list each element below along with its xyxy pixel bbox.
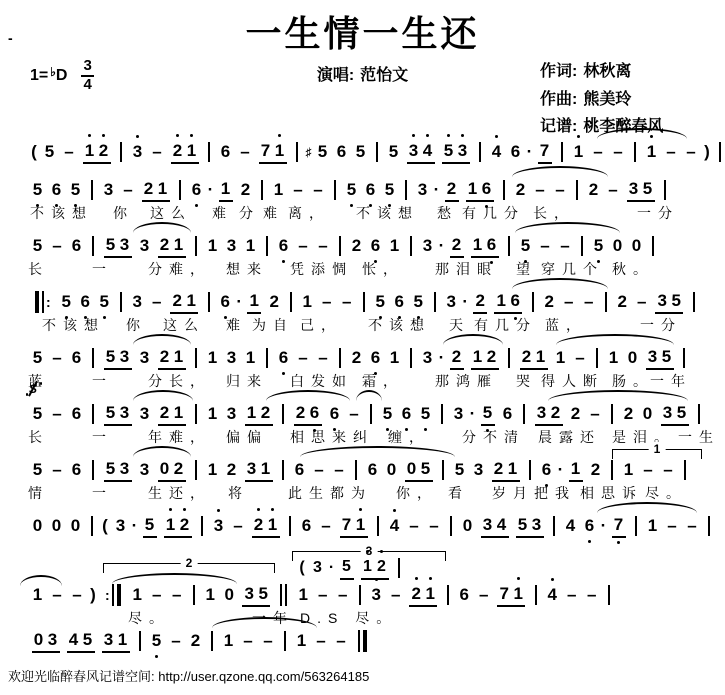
lyric: 分不清 <box>462 427 525 447</box>
note: 2 <box>159 235 170 255</box>
note: 6 <box>510 142 522 162</box>
note-digit: 4 <box>423 141 432 160</box>
note-digit: 2 <box>160 403 169 422</box>
note: 1 <box>186 141 197 161</box>
note: 1 <box>513 584 524 604</box>
lyric: 一 <box>92 259 113 279</box>
barline <box>479 142 481 162</box>
barline <box>339 348 341 368</box>
note: 4 <box>565 516 577 536</box>
beam-group: 7 <box>612 515 626 538</box>
note: 5 <box>517 515 528 535</box>
barline <box>576 180 578 200</box>
note-digit: 5 <box>83 630 92 649</box>
note-digit: 6 <box>337 142 346 161</box>
barline <box>355 460 357 480</box>
note-digit: 3 <box>474 460 483 479</box>
lyric: 一 <box>92 483 113 503</box>
lyric: 凭添惆 <box>290 259 353 279</box>
note: 1 <box>573 142 585 162</box>
lyric: 归来 <box>226 371 268 391</box>
note-digit: 7 <box>261 141 270 160</box>
beam-group: 02 <box>158 459 186 482</box>
rest: 0 <box>627 348 639 368</box>
augmentation-dot: · <box>439 236 445 256</box>
barline <box>503 180 505 200</box>
dash: – <box>262 631 275 651</box>
barline <box>195 236 197 256</box>
note: 1 <box>608 348 620 368</box>
note: 3 <box>132 142 144 162</box>
note: 1 <box>207 460 219 480</box>
note: 6 <box>481 179 492 199</box>
dash: – <box>477 585 490 605</box>
octave-dot-high <box>359 508 362 511</box>
note-digit: 3 <box>227 236 236 255</box>
barline <box>282 404 284 424</box>
lyric: 情 <box>28 483 49 503</box>
beam-group: 31 <box>102 630 130 653</box>
footer: 欢迎光临醉春风记谱空间: http://user.qzone.qq.com/56… <box>8 666 369 685</box>
beam-group: 2 <box>473 291 487 314</box>
close-paren: ) <box>703 142 711 162</box>
note-digit: 3 <box>663 403 672 422</box>
note: 5 <box>346 180 358 200</box>
note: 3 <box>47 630 58 650</box>
dash: – <box>51 236 64 256</box>
note-digit: 2 <box>227 460 236 479</box>
barline <box>208 142 210 162</box>
notes-row: 0345315–21––1–– <box>0 630 725 652</box>
dash: – <box>585 585 598 605</box>
barline <box>581 236 583 256</box>
note-digit: 1 <box>473 347 482 366</box>
note-digit: 1 <box>174 403 183 422</box>
beam-group: 34 <box>407 141 435 164</box>
note: 1 <box>425 584 436 604</box>
note: 7 <box>260 141 271 161</box>
lyric: 尽。 <box>645 483 687 503</box>
note-digit: 1 <box>261 459 270 478</box>
open-paren: ( <box>30 142 38 162</box>
note: 5 <box>388 142 400 162</box>
barline <box>334 180 336 200</box>
note-digit: 5 <box>385 180 394 199</box>
note-digit: 1 <box>132 585 141 604</box>
octave-dot-high <box>495 135 498 138</box>
note-digit: 3 <box>140 460 149 479</box>
note: 5 <box>32 404 44 424</box>
note-digit: 7 <box>540 141 549 160</box>
note: 4 <box>389 516 401 536</box>
note: 3 <box>119 459 130 479</box>
beam-group: 21 <box>252 515 280 538</box>
barline <box>195 348 197 368</box>
barline <box>441 404 443 424</box>
note-digit: 0 <box>160 459 169 478</box>
open-paren: ( <box>101 516 109 536</box>
note-digit: 0 <box>628 348 637 367</box>
note: 1 <box>246 403 257 423</box>
note: 5 <box>454 460 466 480</box>
note-digit: 2 <box>160 235 169 254</box>
barline <box>377 516 379 536</box>
note: 6 <box>502 404 514 424</box>
augmentation-dot: · <box>208 180 214 200</box>
note-digit: 5 <box>61 292 70 311</box>
lyric: 一年 <box>650 371 692 391</box>
octave-dot-high <box>176 134 179 137</box>
note: 2 <box>616 292 628 312</box>
note: 1 <box>570 459 581 479</box>
lyric: 此生都为 <box>288 483 372 503</box>
note-digit: 3 <box>418 180 427 199</box>
barline <box>450 516 452 536</box>
note: 5 <box>341 557 352 577</box>
note: 6 <box>329 404 341 424</box>
note-digit: 2 <box>296 403 305 422</box>
lyric: 一 <box>92 371 113 391</box>
lyric: 那鸿雁 <box>435 371 498 391</box>
lyric: 哭 <box>516 371 537 391</box>
note-digit: 5 <box>45 142 54 161</box>
note-digit: 3 <box>214 516 223 535</box>
octave-dot-high <box>102 134 105 137</box>
beam-group: 53 <box>104 347 132 370</box>
note: 3 <box>647 347 658 367</box>
beam-group: 21 <box>158 403 186 426</box>
note-digit: 3 <box>120 459 129 478</box>
octave-dot-low <box>588 540 591 543</box>
barline <box>405 180 407 200</box>
note-digit: 1 <box>221 179 230 198</box>
note: 5 <box>420 404 432 424</box>
note-digit: 2 <box>261 403 270 422</box>
note-digit: 1 <box>268 515 277 534</box>
lyric: 难 <box>226 315 247 335</box>
note-digit: 5 <box>33 180 42 199</box>
note: 6 <box>393 292 405 312</box>
note: 2 <box>159 347 170 367</box>
note: 3 <box>482 515 493 535</box>
lyric: 偏偏 <box>226 427 268 447</box>
dash: – <box>297 236 310 256</box>
note: 1 <box>223 631 235 651</box>
music-line: 5–65330212316––600553216·121––情一生还，将此生都为… <box>0 459 725 505</box>
barline <box>280 584 282 606</box>
lyric: 己， <box>300 315 342 335</box>
notes-row: :5653–216·121––5653·2162––2–35 <box>0 291 725 313</box>
note: 5 <box>384 180 396 200</box>
repeat-begin: : <box>33 291 52 313</box>
note: 2 <box>172 291 183 311</box>
note: 1 <box>173 235 184 255</box>
barline <box>195 404 197 424</box>
note: 1 <box>204 585 216 605</box>
barline <box>611 460 613 480</box>
beam-group: 21 <box>492 459 520 482</box>
note-digit: 2 <box>591 460 600 479</box>
note: 4 <box>491 142 503 162</box>
lyric: 难 <box>212 203 233 223</box>
lyric: 晨露还 <box>538 427 601 447</box>
note-digit: 6 <box>459 585 468 604</box>
beam-group: 53 <box>442 141 470 164</box>
note: 6 <box>541 460 553 480</box>
octave-dot-high <box>169 508 172 511</box>
note: 6 <box>71 460 83 480</box>
note-digit: 0 <box>613 236 622 255</box>
rest: 0 <box>642 404 654 424</box>
beam-group: 5 <box>481 403 495 426</box>
note-digit: 7 <box>614 515 623 534</box>
lyric: 一分 <box>637 203 679 223</box>
note-digit: 6 <box>310 403 319 422</box>
note: 2 <box>159 403 170 423</box>
barline <box>266 348 268 368</box>
footer-url: http://user.qzone.qq.com/563264185 <box>158 669 369 684</box>
ending-bracket: 2 <box>103 563 275 573</box>
barline <box>92 460 94 480</box>
ending-number: 2 <box>181 556 198 570</box>
note-digit: 1 <box>208 348 217 367</box>
note-digit: 5 <box>106 347 115 366</box>
note: 6 <box>71 404 83 424</box>
lyrics-row: 长一分难，想来凭添惆怅，那泪眼望穿几个秋。 <box>0 259 725 277</box>
note-digit: 1 <box>356 515 365 534</box>
augmentation-dot: · <box>236 292 242 312</box>
sheet-music-page: - 一生情一生还 1=♭D 3 4 演唱:范怡文 作词:林秋离 作曲:熊美玲 记… <box>0 0 725 695</box>
barline <box>608 585 610 605</box>
dash: – <box>315 631 328 651</box>
notes-row: 5–6533211316––2613·212211–1035 <box>0 347 725 369</box>
note: 3 <box>628 179 639 199</box>
note-digit: 6 <box>510 291 519 310</box>
note-digit: 3 <box>423 236 432 255</box>
barline <box>698 404 700 424</box>
note: 2 <box>446 179 457 199</box>
octave-dot-high <box>426 134 429 137</box>
note: 5 <box>105 235 116 255</box>
note-digit: 5 <box>671 291 680 310</box>
note-digit: 6 <box>295 460 304 479</box>
note-digit: 5 <box>383 404 392 423</box>
dash: – <box>312 180 325 200</box>
note-digit: 3 <box>244 584 253 603</box>
note-digit: 1 <box>118 630 127 649</box>
note-digit: 6 <box>80 292 89 311</box>
dash: – <box>589 404 602 424</box>
note: 5 <box>671 291 682 311</box>
dash: – <box>408 516 421 536</box>
note-digit: 2 <box>144 179 153 198</box>
beam-group: 32 <box>535 403 563 426</box>
barline <box>370 404 372 424</box>
dash: – <box>612 142 625 162</box>
note-digit: 5 <box>347 180 356 199</box>
note: 5 <box>105 347 116 367</box>
lyric: 不该想 <box>42 315 105 335</box>
performer-label: 演唱: <box>317 67 354 84</box>
note: 6 <box>71 348 83 368</box>
note: 4 <box>68 630 79 650</box>
note: 5 <box>593 236 605 256</box>
lyric: 是泪。 <box>612 427 675 447</box>
note-digit: 1 <box>536 347 545 366</box>
note-digit: 5 <box>521 236 530 255</box>
barline <box>683 348 685 368</box>
note: 1 <box>260 459 271 479</box>
dash: – <box>686 516 699 536</box>
note-digit: 1 <box>390 236 399 255</box>
music-line: :5653–216·121––5653·2162––2–35不该想你这么难为自己… <box>0 291 725 337</box>
lyrics-row: 尽。一年D.S 尽。 <box>0 608 725 626</box>
note-digit: 3 <box>104 630 113 649</box>
note: 5 <box>82 630 93 650</box>
beam-group: 35 <box>627 179 655 202</box>
note-digit: 5 <box>318 142 327 161</box>
lyric: 愁 <box>437 203 458 223</box>
beam-group: 16 <box>466 179 494 202</box>
lyric: 分 <box>239 203 260 223</box>
note: 5 <box>44 142 56 162</box>
rest: 0 <box>631 236 643 256</box>
note-digit: 5 <box>444 141 453 160</box>
note-digit: 3 <box>532 515 541 534</box>
note: 2 <box>295 403 306 423</box>
note: 5 <box>105 459 116 479</box>
note: 6 <box>71 236 83 256</box>
note-digit: 5 <box>106 235 115 254</box>
barline <box>693 292 695 312</box>
barline <box>434 292 436 312</box>
note-digit: 1 <box>208 404 217 423</box>
lyric: 长 <box>28 427 49 447</box>
lyrics-row: 长一年难，偏偏相思来纠缠，分不清晨露还是泪。一生 <box>0 427 725 445</box>
note-digit: 5 <box>643 179 652 198</box>
notes-row: 5653–216·121––5653·2162––2–35 <box>0 179 725 201</box>
dash: – <box>336 585 349 605</box>
note: 3 <box>408 141 419 161</box>
lyric: 不该想 <box>356 203 419 223</box>
note-digit: 1 <box>174 235 183 254</box>
dash: – <box>592 142 605 162</box>
note: 3 <box>445 292 457 312</box>
dash: – <box>71 585 84 605</box>
beam-group: 35 <box>646 347 674 370</box>
lyric: 有几分 <box>462 203 525 223</box>
rest: 0 <box>462 516 474 536</box>
augmentation-dot: · <box>527 142 533 162</box>
note: 5 <box>661 347 672 367</box>
note-digit: 0 <box>52 516 61 535</box>
lyric: 不该想 <box>368 315 431 335</box>
composer-label: 作曲: <box>540 91 577 108</box>
lyric: 你 <box>113 203 134 223</box>
barline <box>634 142 636 162</box>
note-digit: 3 <box>313 559 322 576</box>
note: 1 <box>555 348 567 368</box>
note: 2 <box>226 460 238 480</box>
note-digit: 1 <box>174 347 183 366</box>
note: 2 <box>376 557 387 577</box>
barline <box>596 348 598 368</box>
dash: – <box>665 142 678 162</box>
slur <box>20 575 62 586</box>
note-digit: 2 <box>352 348 361 367</box>
note: 1 <box>301 292 313 312</box>
note: 6 <box>458 585 470 605</box>
note-digit: 1 <box>208 236 217 255</box>
music-line: 5–6533211316––2613·2165––500长一分难，想来凭添惆怅，… <box>0 235 725 281</box>
music-line: 5653–216·121––5653·2162––2–35不该想你这么难分难离，… <box>0 179 725 225</box>
augmentation-dot: · <box>558 460 564 480</box>
beam-group: 16 <box>471 235 499 258</box>
note-digit: 2 <box>475 291 484 310</box>
octave-dot-high <box>217 509 220 512</box>
note: 2 <box>268 292 280 312</box>
note-digit: 2 <box>352 236 361 255</box>
note-digit: 4 <box>497 515 506 534</box>
barline <box>339 236 341 256</box>
note-digit: 2 <box>551 403 560 422</box>
note-digit: 5 <box>662 347 671 366</box>
note-digit: 1 <box>246 236 255 255</box>
note-digit: 6 <box>52 180 61 199</box>
note-digit: 0 <box>71 516 80 535</box>
lyrics-row: 蓝一分长，归来白发如霜，那鸿雁哭得人断肠。一年 <box>0 371 725 389</box>
barline <box>447 585 449 605</box>
transcriber-label: 记谱: <box>540 118 577 135</box>
note-digit: 6 <box>72 460 81 479</box>
note-digit: 6 <box>503 404 512 423</box>
barline <box>92 236 94 256</box>
barline <box>112 584 114 606</box>
lyric: 分难， <box>148 259 211 279</box>
beam-group: 16 <box>494 291 522 314</box>
lyric: 年难， <box>148 427 211 447</box>
note-digit: 0 <box>407 459 416 478</box>
note-digit: 3 <box>120 347 129 366</box>
note-digit: 1 <box>249 291 258 310</box>
augmentation-dot: · <box>132 516 138 536</box>
note: 5 <box>382 404 394 424</box>
note-digit: 1 <box>208 460 217 479</box>
note-digit: 3 <box>409 141 418 160</box>
barline <box>201 516 203 536</box>
note: 7 <box>613 515 624 535</box>
note: 1 <box>496 291 507 311</box>
note: 1 <box>535 347 546 367</box>
note-digit: 1 <box>513 584 522 603</box>
note: 3 <box>657 291 668 311</box>
beam-group: 2 <box>450 235 464 258</box>
barline <box>284 631 286 651</box>
lyrics-row: 不该想你这么难为自己，不该想天有几分蓝，一分 <box>0 315 725 333</box>
barline <box>282 460 284 480</box>
rest: 0 <box>70 516 82 536</box>
note: 6 <box>51 180 63 200</box>
note: 3 <box>662 403 673 423</box>
barline <box>376 142 378 162</box>
barline <box>35 291 39 313</box>
note-digit: 5 <box>518 515 527 534</box>
dash: – <box>51 404 64 424</box>
beam-group: 21 <box>170 291 198 314</box>
notes-row: 1––):1––10351––3–216–714–– <box>0 584 725 606</box>
note: 1 <box>220 179 231 199</box>
barline <box>508 348 510 368</box>
